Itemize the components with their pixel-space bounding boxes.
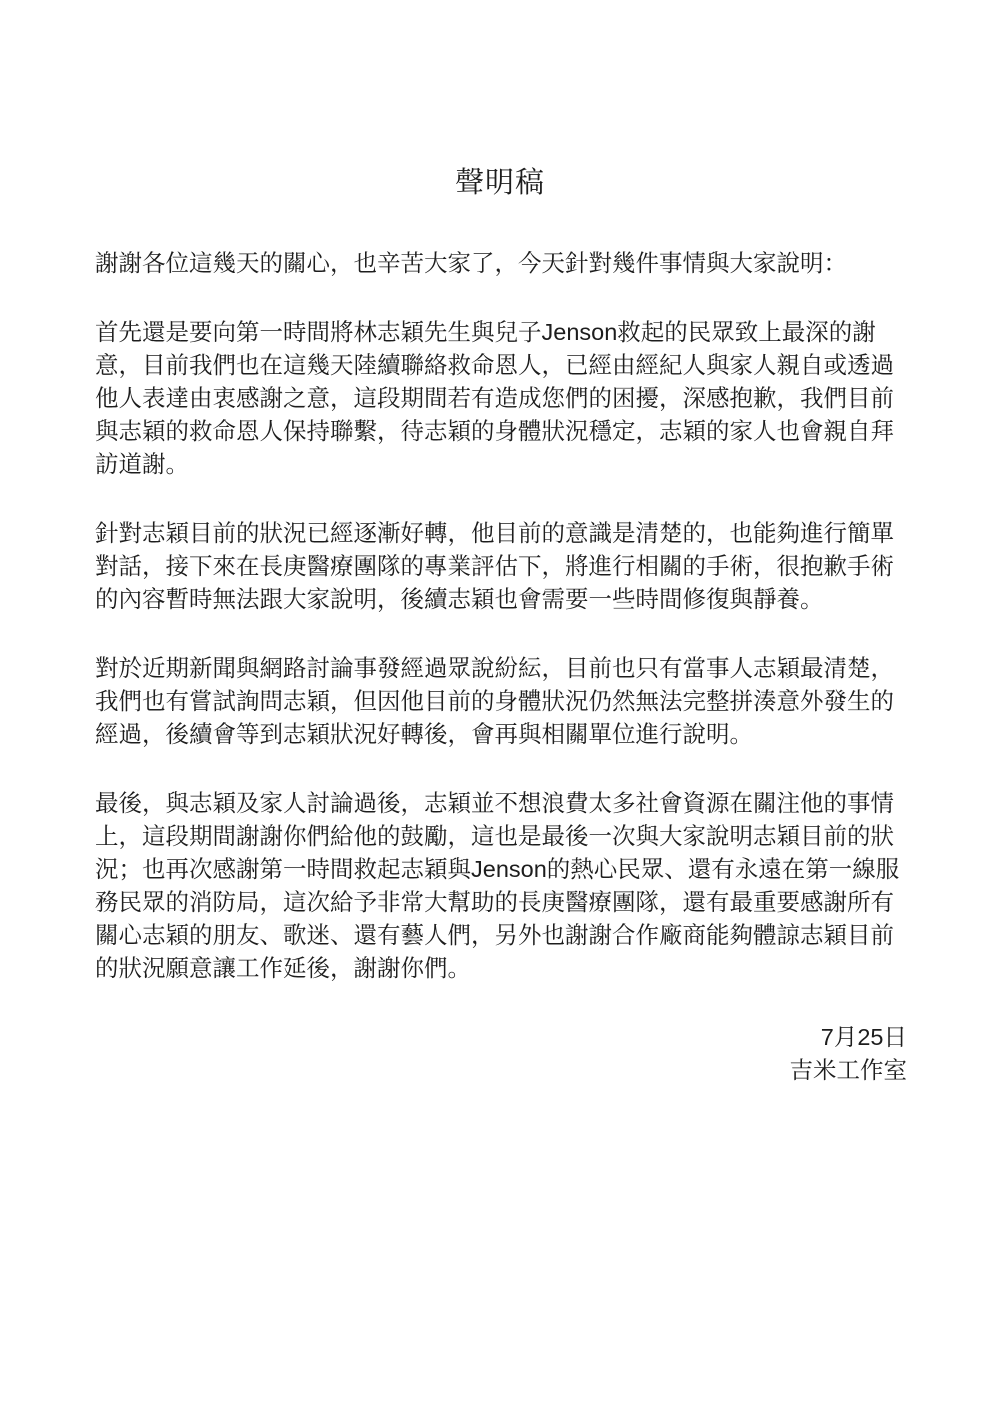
text-line: 的內容暫時無法跟大家說明，後續志穎也會需要一些時間修復與靜養。 (95, 583, 907, 616)
paragraph-condition-update: 針對志穎目前的狀況已經逐漸好轉，他目前的意識是清楚的，也能夠進行簡單 對話，接下… (95, 517, 907, 616)
text-line: 我們也有嘗試詢問志穎，但因他目前的身體狀況仍然無法完整拼湊意外發生的 (95, 685, 907, 718)
text-line: 對話，接下來在長庚醫療團隊的專業評估下，將進行相關的手術，很抱歉手術 (95, 550, 907, 583)
signature-date: 7月25日 (95, 1021, 907, 1054)
signature-block: 7月25日 吉米工作室 (95, 1021, 907, 1087)
signature-studio-name: 吉米工作室 (95, 1054, 907, 1087)
paragraph-intro: 謝謝各位這幾天的關心，也辛苦大家了，今天針對幾件事情與大家說明： (95, 247, 907, 280)
text-line: 意，目前我們也在這幾天陸續聯絡救命恩人，已經由經紀人與家人親自或透過 (95, 349, 907, 382)
paragraph-rescuers-thanks: 首先還是要向第一時間將林志穎先生與兒子Jenson救起的民眾致上最深的謝 意，目… (95, 316, 907, 481)
text-line: 謝謝各位這幾天的關心，也辛苦大家了，今天針對幾件事情與大家說明： (95, 247, 907, 280)
document-title: 聲明稿 (0, 168, 1000, 199)
paragraph-incident-discussion: 對於近期新聞與網路討論事發經過眾說紛紜，目前也只有當事人志穎最清楚， 我們也有嘗… (95, 652, 907, 751)
text-line: 他人表達由衷感謝之意，這段期間若有造成您們的困擾，深感抱歉，我們目前 (95, 382, 907, 415)
text-line: 經過，後續會等到志穎狀況好轉後，會再與相關單位進行說明。 (95, 718, 907, 751)
text-line: 首先還是要向第一時間將林志穎先生與兒子Jenson救起的民眾致上最深的謝 (95, 316, 907, 349)
text-line: 與志穎的救命恩人保持聯繫，待志穎的身體狀況穩定，志穎的家人也會親自拜 (95, 415, 907, 448)
document-body: 謝謝各位這幾天的關心，也辛苦大家了，今天針對幾件事情與大家說明： 首先還是要向第… (95, 247, 907, 1087)
paragraph-final-thanks: 最後，與志穎及家人討論過後，志穎並不想浪費太多社會資源在關注他的事情 上，這段期… (95, 787, 907, 985)
text-line: 針對志穎目前的狀況已經逐漸好轉，他目前的意識是清楚的，也能夠進行簡單 (95, 517, 907, 550)
text-line: 訪道謝。 (95, 448, 907, 481)
text-line: 最後，與志穎及家人討論過後，志穎並不想浪費太多社會資源在關注他的事情 (95, 787, 907, 820)
text-line: 的狀況願意讓工作延後，謝謝你們。 (95, 952, 907, 985)
statement-document-page: 聲明稿 謝謝各位這幾天的關心，也辛苦大家了，今天針對幾件事情與大家說明： 首先還… (0, 0, 1000, 1414)
text-line: 務民眾的消防局，這次給予非常大幫助的長庚醫療團隊，還有最重要感謝所有 (95, 886, 907, 919)
text-line: 況；也再次感謝第一時間救起志穎與Jenson的熱心民眾、還有永遠在第一線服 (95, 853, 907, 886)
text-line: 上，這段期間謝謝你們給他的鼓勵，這也是最後一次與大家說明志穎目前的狀 (95, 820, 907, 853)
text-line: 對於近期新聞與網路討論事發經過眾說紛紜，目前也只有當事人志穎最清楚， (95, 652, 907, 685)
text-line: 關心志穎的朋友、歌迷、還有藝人們，另外也謝謝合作廠商能夠體諒志穎目前 (95, 919, 907, 952)
